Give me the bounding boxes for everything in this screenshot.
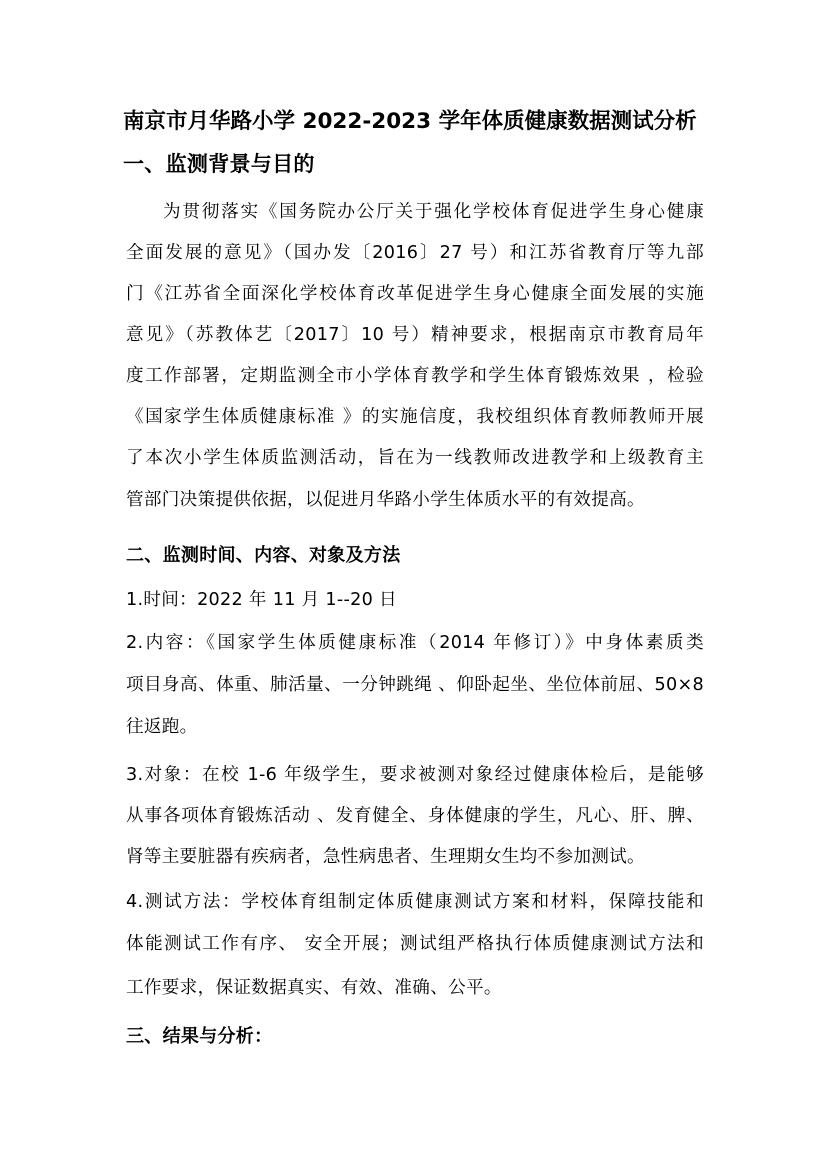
paragraph-line: 2.内容：《国家学生体质健康标准（2014 年修订）》中身体素质类 <box>126 631 704 655</box>
paragraph-line: 全面发展的意见》（国办发〔2016〕27 号）和江苏省教育厅等九部 <box>126 241 704 265</box>
paragraph-text: 度工作部署，定期监测全市小学体育教学和学生体育锻炼效果 ，检验 <box>126 364 704 388</box>
paragraph-line: 3.对象：在校 1-6 年级学生，要求被测对象经过健康体检后，是能够 <box>126 763 704 787</box>
paragraph-line: 从事各项体育锻炼活动 、发育健全、身体健康的学生，凡心、肝、脾、 <box>126 804 704 828</box>
item-method-text: 体能测试工作有序、 安全开展；测试组严格执行体质健康测试方法和 <box>126 932 704 956</box>
paragraph-line: 度工作部署，定期监测全市小学体育教学和学生体育锻炼效果 ，检验 <box>126 364 704 388</box>
item-method-text: 4.测试方法：学校体育组制定体质健康测试方案和材料，保障技能和 <box>126 890 704 914</box>
paragraph-text: 门《江苏省全面深化学校体育改革促进学生身心健康全面发展的实施 <box>126 282 704 306</box>
item-subjects-last: 肾等主要脏器有疾病者，急性病患者、生理期女生均不参加测试。 <box>126 845 645 869</box>
paragraph-line: 意见》（苏教体艺〔2017〕10 号）精神要求，根据南京市教育局年 <box>126 323 704 347</box>
paragraph-line: 体能测试工作有序、 安全开展；测试组严格执行体质健康测试方法和 <box>126 932 704 956</box>
item-method-last: 工作要求，保证数据真实、有效、准确、公平。 <box>126 976 502 1000</box>
section-heading-methods: 二、监测时间、内容、对象及方法 <box>126 544 401 568</box>
item-content-text: 项目身高、体重、肺活量、一分钟跳绳 、仰卧起坐、坐位体前屈、50×8 <box>126 673 704 697</box>
paragraph-line-last: 管部门决策提供依据，以促进月华路小学生体质水平的有效提高。 <box>126 488 645 512</box>
item-subjects-text: 从事各项体育锻炼活动 、发育健全、身体健康的学生，凡心、肝、脾、 <box>126 804 704 828</box>
paragraph-text: 了本次小学生体质监测活动，旨在为一线教师改进教学和上级教育主 <box>126 446 704 470</box>
item-subjects-text: 3.对象：在校 1-6 年级学生，要求被测对象经过健康体检后，是能够 <box>126 763 704 787</box>
document-title: 南京市月华路小学 2022-2023 学年体质健康数据测试分析 <box>123 110 697 134</box>
paragraph-text: 意见》（苏教体艺〔2017〕10 号）精神要求，根据南京市教育局年 <box>126 323 704 347</box>
item-time: 1.时间：2022 年 11 月 1--20 日 <box>126 588 397 612</box>
paragraph-line: 门《江苏省全面深化学校体育改革促进学生身心健康全面发展的实施 <box>126 282 704 306</box>
document-page: 南京市月华路小学 2022-2023 学年体质健康数据测试分析 一、监测背景与目… <box>0 0 827 1170</box>
paragraph-text: 为贯彻落实《国务院办公厅关于强化学校体育促进学生身心健康 <box>163 200 704 224</box>
paragraph-line: 了本次小学生体质监测活动，旨在为一线教师改进教学和上级教育主 <box>126 446 704 470</box>
paragraph-text: 《国家学生体质健康标准 》的实施信度，我校组织体育教师教师开展 <box>126 405 704 429</box>
paragraph-line: 《国家学生体质健康标准 》的实施信度，我校组织体育教师教师开展 <box>126 405 704 429</box>
item-content-last: 往返跑。 <box>126 715 198 739</box>
paragraph-line: 为贯彻落实《国务院办公厅关于强化学校体育促进学生身心健康 <box>163 200 704 224</box>
paragraph-line: 4.测试方法：学校体育组制定体质健康测试方案和材料，保障技能和 <box>126 890 704 914</box>
section-heading-background: 一、监测背景与目的 <box>123 152 315 176</box>
paragraph-line: 项目身高、体重、肺活量、一分钟跳绳 、仰卧起坐、坐位体前屈、50×8 <box>126 673 704 697</box>
item-content-text: 2.内容：《国家学生体质健康标准（2014 年修订）》中身体素质类 <box>126 631 704 655</box>
section-heading-results: 三、结果与分析： <box>126 1025 272 1049</box>
paragraph-text: 全面发展的意见》（国办发〔2016〕27 号）和江苏省教育厅等九部 <box>126 241 704 265</box>
